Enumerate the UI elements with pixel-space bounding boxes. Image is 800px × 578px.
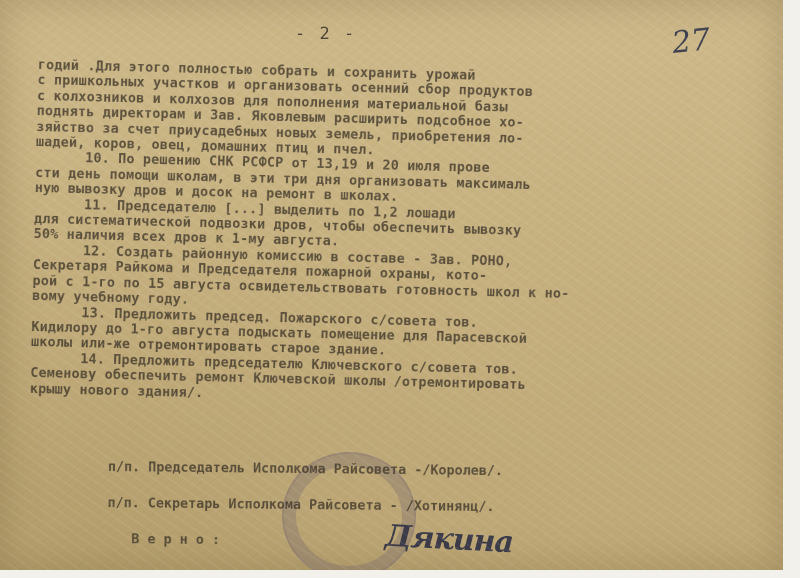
- page-number: - 2 -: [295, 24, 356, 44]
- handwritten-signature: Дякина: [384, 519, 514, 561]
- document-sheet: - 2 - 27 годий .Для этого полностью собр…: [0, 0, 783, 570]
- typewritten-body: годий .Для этого полностью собрать и сох…: [30, 58, 798, 415]
- scan-margin: [0, 570, 800, 578]
- signature-line: п/п. Председатель Исполкома Райсовета -/…: [108, 460, 503, 500]
- handwritten-folio-number: 27: [670, 22, 712, 61]
